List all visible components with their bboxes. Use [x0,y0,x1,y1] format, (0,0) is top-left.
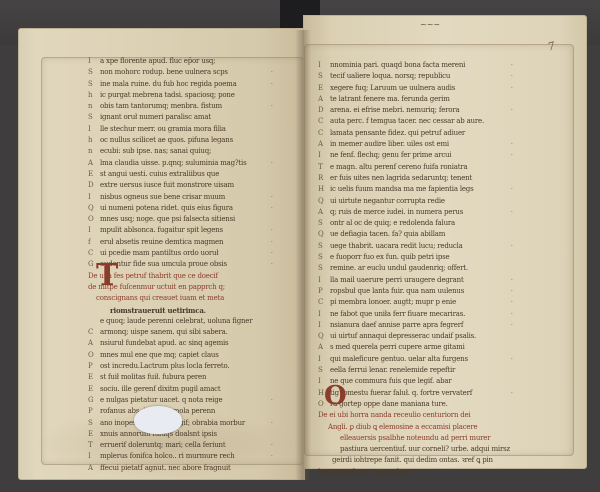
verse-line: Sremine. ar euclu undul gaudenriq; offer… [318,263,513,274]
closing-line: elleauersis psalbhe noteundu ad perri mu… [318,433,513,444]
line-initial: H [318,184,330,195]
line-initial: I [318,354,330,365]
line-text: ine mala ruine. du fub hoc regida poema [100,79,263,90]
verse-line: Cpi membra lonoer. augtt; mupr p enie· [318,297,513,308]
verse-line: Cauta perc. f temgua tacer. nec cessar a… [318,116,513,127]
line-initial: I [318,320,330,331]
line-initial: I [318,309,330,320]
verse-line: Ora gortep oppe dane maniana ture. [318,399,513,410]
line-text: lla mail uaerure perri uraugere degrant [330,275,503,286]
verse-line: Est angui uesti. cuius extraliibus que [88,169,273,180]
verse-line: Te magn. altu perenf cereno fuifa roniat… [318,162,513,173]
line-initial: f [88,237,100,248]
line-initial: I [88,124,100,135]
verse-line: Ia xpe florente apud. fluc ep̄or usq; [88,56,273,67]
line-text: ffecui pietatf agnut. nec abore fragnuit [100,463,263,474]
closing-line: geirdi iohtrepe fanit. qui dedim ontas. … [318,455,513,466]
line-text: mpulit ablsonca. fugaitur spit legens [100,225,263,236]
verse-line: necubi: sub ipse. nas; sanai quiuq; [88,146,273,157]
line-initial: S [88,67,100,78]
rubric-line: Angli. ꝑ diub ꝗ elemosine a eccamisi pla… [318,422,513,433]
verse-line: Impulit ablsonca. fugaitur spit legens· [88,225,273,236]
line-text: qui maleficure gentuo. uelar alta furgen… [330,354,503,365]
line-text: auta perc. f temgua tacer. nec cessar ab… [330,116,503,127]
line-text: e quoq; laude perenni celebrat, uoluna f… [100,316,263,327]
line-text: q; ruis de merce iudei. in numera perus [330,207,503,218]
line-text: ontr al oc de quiq; e redolenda falura [330,218,503,229]
margin-mark: · [263,395,273,406]
line-text: remine. ar euclu undul gaudenriq; offert… [330,263,503,274]
line-initial: S [318,71,330,82]
line-initial: O [88,350,100,361]
verse-line: Affecui pietatf agnut. nec abore fragnui… [88,463,273,474]
line-text: ui numeni potena ridet. quis eius figura [100,203,263,214]
line-initial: I [88,56,100,67]
margin-mark: · [503,60,513,71]
verse-line: Sontr al oc de quiq; e redolenda falura [318,218,513,229]
margin-mark: · [503,150,513,161]
line-text: ropsbuł que lanta fuir. qua nam uulenus [330,286,503,297]
right-rubric: De ei ubi horra nanda receulio centurior… [318,410,513,433]
line-text: ne que commura fuis que legif. abar [330,376,503,387]
line-text: ui pcedie mam pantiltus ordo uoruł [100,248,263,259]
line-text: oc nullus scilicet ae quos. pifuna legan… [100,135,263,146]
line-text: arena. ei efrise mebri. nemuriq; ferora [330,105,503,116]
line-text: obis tam tantorumq; menbra. fistum [100,101,263,112]
line-text: ra gortep oppe dane maniana ture. [330,399,503,410]
decorated-initial-o: O [324,381,347,411]
line-text: sociu. ille gerenf dixitm pugil amact [100,384,263,395]
margin-mark: · [263,203,273,214]
line-text: ecubi: sub ipse. nas; sanai quiuq; [100,146,263,157]
verse-line: Qui uirtuf annaqui depresserac undaif ps… [318,331,513,342]
margin-mark: · [263,79,273,90]
rubric-line: De ei ubi horra nanda receulio centurior… [318,410,513,421]
verse-line: Snon mohorc rodup. bene uulnera scps· [88,67,273,78]
line-text: e fuoporr fuo ex fun. quib petri ipse [330,252,503,263]
verse-line: Insianura daef annise parre apra fegrerf… [318,320,513,331]
line-text: audentur fide sua umcula proue obsis [100,259,263,270]
closing-line: pastiura uercentiuf. uur corneli? urbe. … [318,444,513,455]
verse-line: Signant oruł numeri paralisc amat [88,112,273,123]
line-initial: A [88,338,100,349]
verse-line: Iqui maleficure gentuo. uelar alta furge… [318,354,513,365]
line-text: st fuił molitas fuił. fubura peren [100,372,263,383]
line-initial: E [88,372,100,383]
line-text: erruerif doleruntq; mari; cella feriunt [100,440,263,451]
line-text: nisbus ogneus sue bene crisar muum [100,192,263,203]
line-text: extre uersus iusce fuit monstrore uisam [100,180,263,191]
line-initial: A [318,342,330,353]
line-text: ue defiagia tacen. fa? quia abillam [330,229,503,240]
line-text: eella ferrui lenar. renelemide repeftir [330,365,503,376]
verse-line: Rer fuis uites nen lagrida sedaruntq; te… [318,173,513,184]
margin-mark: · [503,320,513,331]
line-initial: S [318,365,330,376]
line-text: nsiuruł fundebat apud. ac sinq agemis [100,338,263,349]
margin-mark: · [503,309,513,320]
line-text: nnominia pari. quaqd bona facta mereni [330,60,503,71]
margin-mark: · [503,105,513,116]
line-initial: O [88,214,100,225]
verse-line: Ge nulgas pietatur uacet. q nota reige· [88,395,273,406]
verse-line: Propsbuł que lanta fuir. qua nam uulenus… [318,286,513,297]
line-text: mnes mul ene que mq; capiet claus [100,350,263,361]
line-text: uege thabrit. uacara redit lucu; reducla [330,241,503,252]
verse-line: Ille stechur merr. ou gramia mora filia [88,124,273,135]
line-initial: h [88,135,100,146]
verse-line: Est fuił molitas fuił. fubura peren [88,372,273,383]
line-text: e nulgas pietatur uacet. q nota reige [100,395,263,406]
line-text: in memer audire liber. uiles ost emi [330,139,503,150]
line-initial: S [88,418,100,429]
margin-mark: · [503,297,513,308]
line-initial: I [318,150,330,161]
line-text: ignant oruł numeri paralisc amat [100,112,263,123]
line-text: te latrant fenere ma. ferunda gerim [330,94,503,105]
margin-mark: · [503,207,513,218]
top-marginalia: ~~~ [420,20,440,29]
margin-mark: · [263,192,273,203]
line-initial: T [88,440,100,451]
verse-line: Htig fomestu fuerar faluł. q. fortre ver… [318,388,513,399]
line-text: s med querela perri cupere arme gitami [330,342,503,353]
line-text: ui uirtute negantur corrupta redie [330,196,503,207]
line-initial: E [88,169,100,180]
line-initial: A [318,207,330,218]
margin-mark: · [263,237,273,248]
line-text: st angui uesti. cuius extraliibus que [100,169,263,180]
decorated-initial-t: T [96,261,118,291]
verse-line: Carmonq; uispe sanem. qui sibi sabera. [88,327,273,338]
line-initial: E [88,384,100,395]
verse-line: Se fuoporr fuo ex fun. quib petri ipse [318,252,513,263]
margin-mark: · [503,71,513,82]
margin-mark: · [263,451,273,462]
margin-mark: · [503,286,513,297]
line-initial: I [88,225,100,236]
verse-line: Innominia pari. quaqd bona facta mereni· [318,60,513,71]
line-initial: R [318,173,330,184]
margin-mark: · [503,275,513,286]
right-closing-block: elleauersis psalbhe noteundu ad perri mu… [318,433,513,478]
verse-line: As med querela perri cupere arme gitami [318,342,513,353]
line-initial: C [318,128,330,139]
verse-line: Darena. ei efrise mebri. nemuriq; ferora… [318,105,513,116]
verse-line: Stecif ualiere loqua. norsq; republicu· [318,71,513,82]
verse-line: Ine fenf. flechq; genu fer prime arcui· [318,150,513,161]
right-verse-block: Innominia pari. quaqd bona facta mereni·… [318,60,513,410]
line-text: rofanus abs. ingentia mola perenn [100,406,263,417]
line-text: er fuis uites nen lagrida sedaruntq; ten… [330,173,503,184]
verse-line: nobis tam tantorumq; menbra. fistum· [88,101,273,112]
margin-mark: · [263,440,273,451]
line-initial: A [318,94,330,105]
rubric-line: conscignans qui creauet iuam et meta [88,293,273,304]
verse-line: Alma claudia uisse. p.qnq; suluminia mag… [88,158,273,169]
line-text: lma claudia uisse. p.qnq; suluminia mag?… [100,158,263,169]
verse-line: Suege thabrit. uacara redit lucu; reducl… [318,241,513,252]
verse-line: Exnuis annorum fuluqs doalsnt ipsis [88,429,273,440]
line-text: pi membra lonoer. augtt; mupr p enie [330,297,503,308]
line-initial: S [88,112,100,123]
margin-mark: · [503,388,513,399]
line-initial: G [88,395,100,406]
line-text: ic uelis fuum mandsa ma me fapientia leg… [330,184,503,195]
line-text: a xpe florente apud. fluc ep̄or usq; [100,56,263,67]
line-text: tig fomestu fuerar faluł. q. fortre verv… [330,388,503,399]
line-initial: I [318,60,330,71]
line-initial: A [88,158,100,169]
line-initial: A [318,139,330,150]
line-text: lle stechur merr. ou gramia mora filia [100,124,263,135]
line-initial: I [318,275,330,286]
verse-line: Que defiagia tacen. fa? quia abillam [318,229,513,240]
margin-mark: · [503,241,513,252]
line-initial: C [88,327,100,338]
verse-line: e quoq; laude perenni celebrat, uoluna f… [88,316,273,327]
line-initial: I [88,192,100,203]
verse-line: Qui uirtute negantur corrupta redie [318,196,513,207]
margin-mark: · [263,225,273,236]
line-initial: E [88,429,100,440]
line-initial: S [318,218,330,229]
line-initial: S [318,263,330,274]
margin-mark: · [263,248,273,259]
closing-line: baptizanf est trgentibus. [318,467,513,478]
verse-line: Illa mail uaerure perri uraugere degrant… [318,275,513,286]
line-text: mnes usq; noge. que psi falsecta sitiens… [100,214,263,225]
line-initial: T [318,162,330,173]
line-initial: Q [88,203,100,214]
line-text: ne fenf. flechq; genu fer prime arcui [330,150,503,161]
margin-mark: · [503,184,513,195]
verse-line: Sine mala ruine. du fub hoc regida poema… [88,79,273,90]
line-text: armonq; uispe sanem. qui sibi sabera. [100,327,263,338]
right-page-text: Innominia pari. quaqd bona facta mereni·… [318,60,513,478]
verse-line: Inisbus ogneus sue bene crisar muum· [88,192,273,203]
line-text: ui uirtuf annaqui depresserac undaif psa… [330,331,503,342]
margin-mark: · [263,67,273,78]
line-text: mplerus fonifca holco.. ri murmure rech [100,451,263,462]
verse-line: Esociu. ille gerenf dixitm pugil amact [88,384,273,395]
verse-line: Ine fabot que uniła ferr fiuare mecarira… [318,309,513,320]
verse-line: feruł absetis reuine demtica magmen· [88,237,273,248]
verse-line: Aq; ruis de merce iudei. in numera perus… [318,207,513,218]
line-text: e magn. altu perenf cereno fuifa roniatr… [330,162,503,173]
line-initial: D [318,105,330,116]
verse-line: Ain memer audire liber. uiles ost emi· [318,139,513,150]
verse-line: Ate latrant fenere ma. ferunda gerim [318,94,513,105]
parchment-hole [134,406,182,434]
drop-cap-line: riomstraueruit uetirimca. [88,305,273,316]
verse-line: Exegere fuq; Laruum ue uulnera audis· [318,83,513,94]
line-initial: Q [318,196,330,207]
margin-mark: · [263,101,273,112]
verse-line: Clamata pensante fidez. qui petruf adiue… [318,128,513,139]
margin-mark: · [263,418,273,429]
margin-mark: · [503,354,513,365]
left-verse-block-2: e quoq; laude perenni celebrat, uoluna f… [88,316,273,474]
verse-line: Ansiuruł fundebat apud. ac sinq agemis [88,338,273,349]
verse-line: Qui numeni potena ridet. quis eius figur… [88,203,273,214]
margin-mark: · [503,83,513,94]
line-text: ne fabot que uniła ferr fiuare mecariras… [330,309,503,320]
verse-line: Terruerif doleruntq; mari; cella feriunt… [88,440,273,451]
line-text: lamata pensante fidez. qui petruf adiuer [330,128,503,139]
line-initial: S [88,79,100,90]
margin-mark: · [263,259,273,270]
line-initial: S [318,252,330,263]
line-initial: Q [318,229,330,240]
line-text: nsianura daef annise parre apra fegrerf [330,320,503,331]
line-text: xnuis annorum fuluqs doalsnt ipsis [100,429,263,440]
line-initial: C [318,297,330,308]
line-initial: h [88,90,100,101]
verse-line: Omnes mul ene que mq; capiet claus [88,350,273,361]
line-initial: C [318,116,330,127]
verse-line: Dextre uersus iusce fuit monstrore uisam [88,180,273,191]
line-initial: n [88,101,100,112]
left-verse-block-1: Ia xpe florente apud. fluc ep̄or usq;Sno… [88,56,273,271]
line-initial: A [88,463,100,474]
line-text: eruł absetis reuine demtica magmen [100,237,263,248]
line-text: tecif ualiere loqua. norsq; republicu [330,71,503,82]
margin-mark: · [503,139,513,150]
margin-mark: · [263,158,273,169]
line-initial: S [318,241,330,252]
line-initial: I [88,451,100,462]
verse-line: Implerus fonifca holco.. ri murmure rech… [88,451,273,462]
line-initial: E [318,83,330,94]
verse-line: hoc nullus scilicet ae quos. pifuna lega… [88,135,273,146]
verse-line: Ine que commura fuis que legif. abar [318,376,513,387]
line-initial: n [88,146,100,157]
line-text: non mohorc rodup. bene uulnera scps [100,67,263,78]
line-text: ic purgat mebrena tadsi. spaciosq; pone [100,90,263,101]
line-initial: P [88,406,100,417]
gutter-fold [295,30,311,480]
line-text: xegere fuq; Laruum ue uulnera audis [330,83,503,94]
verse-line: Hic uelis fuum mandsa ma me fapientia le… [318,184,513,195]
verse-line: Seella ferrui lenar. renelemide repeftir [318,365,513,376]
line-initial: P [88,361,100,372]
verse-line: hic purgat mebrena tadsi. spaciosq; pone [88,90,273,101]
verse-line: Omnes usq; noge. que psi falsecta sitien… [88,214,273,225]
line-initial: D [88,180,100,191]
line-initial: P [318,286,330,297]
line-initial: Q [318,331,330,342]
verse-line: Post incredu.Lactrum plus locla ferreto. [88,361,273,372]
line-text: ost incredu.Lactrum plus locla ferreto. [100,361,263,372]
